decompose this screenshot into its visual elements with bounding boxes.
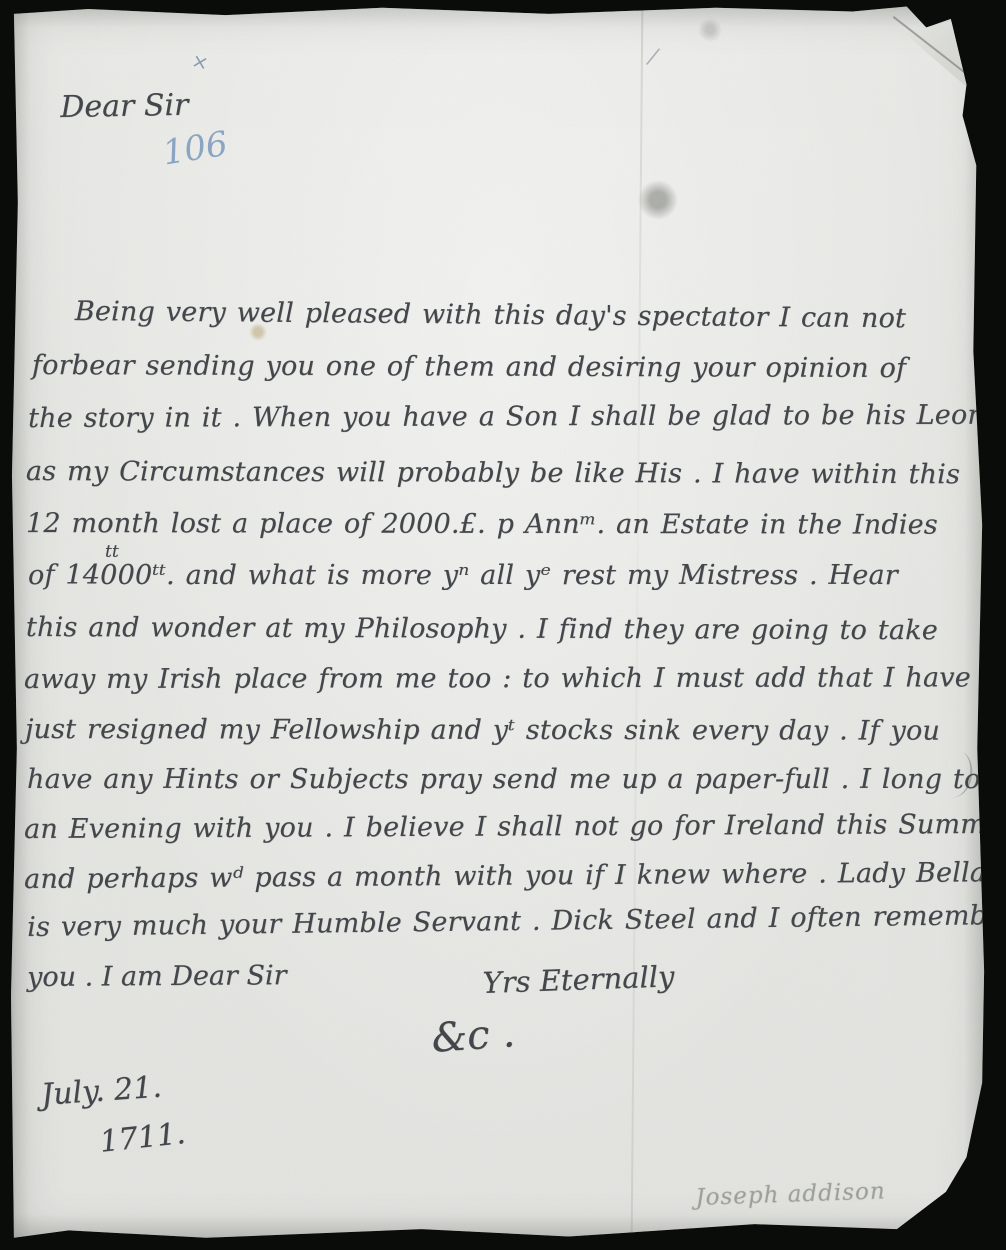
letter-scan: × / Dear Sir 106 Being very well pleased… xyxy=(0,0,1006,1250)
handwritten-line: as my Circumstances will probably be lik… xyxy=(26,456,960,490)
top-left-pencil-mark: × xyxy=(189,48,211,75)
archival-number: 106 xyxy=(160,124,230,174)
handwritten-line: is very much your Humble Servant . Dick … xyxy=(27,900,1006,943)
handwritten-line: this and wonder at my Philosophy . I fin… xyxy=(26,612,938,646)
handwritten-line: just resigned my Fellowship and yᵗ stock… xyxy=(25,714,940,747)
pencil-inscription: Joseph addison xyxy=(695,1178,886,1211)
top-right-pencil-mark: / xyxy=(647,44,659,70)
date-month-day: July. 21. xyxy=(40,1070,163,1113)
signoff-etcetera: &c . xyxy=(430,1010,516,1062)
interline-insertion-mark: tt xyxy=(105,542,119,562)
handwritten-line: the story in it . When you have a Son I … xyxy=(28,399,1006,434)
handwritten-line: Being very well pleased with this day's … xyxy=(75,296,906,334)
handwritten-line: have any Hints or Subjects pray send me … xyxy=(27,764,1006,795)
handwritten-line: away my Irish place from me too : to whi… xyxy=(24,662,971,695)
handwritten-line: an Evening with you . I believe I shall … xyxy=(24,809,1006,845)
handwritten-line: and perhaps wᵈ pass a month with you if … xyxy=(24,857,1006,895)
handwritten-line: forbear sending you one of them and desi… xyxy=(32,350,906,384)
handwritten-line: 12 month lost a place of 2000.£. p Annᵐ.… xyxy=(26,508,938,541)
closing-line: you . I am Dear Sir xyxy=(27,960,287,993)
salutation: Dear Sir xyxy=(60,88,189,125)
date-year: 1711. xyxy=(98,1116,187,1160)
letter-page: × / Dear Sir 106 Being very well pleased… xyxy=(10,4,990,1244)
signoff: Yrs Eternally xyxy=(482,959,675,1000)
corner-crease-line xyxy=(893,16,973,79)
handwritten-line: of 14000ᵗᵗ. and what is more yⁿ all yᵉ r… xyxy=(28,560,898,591)
